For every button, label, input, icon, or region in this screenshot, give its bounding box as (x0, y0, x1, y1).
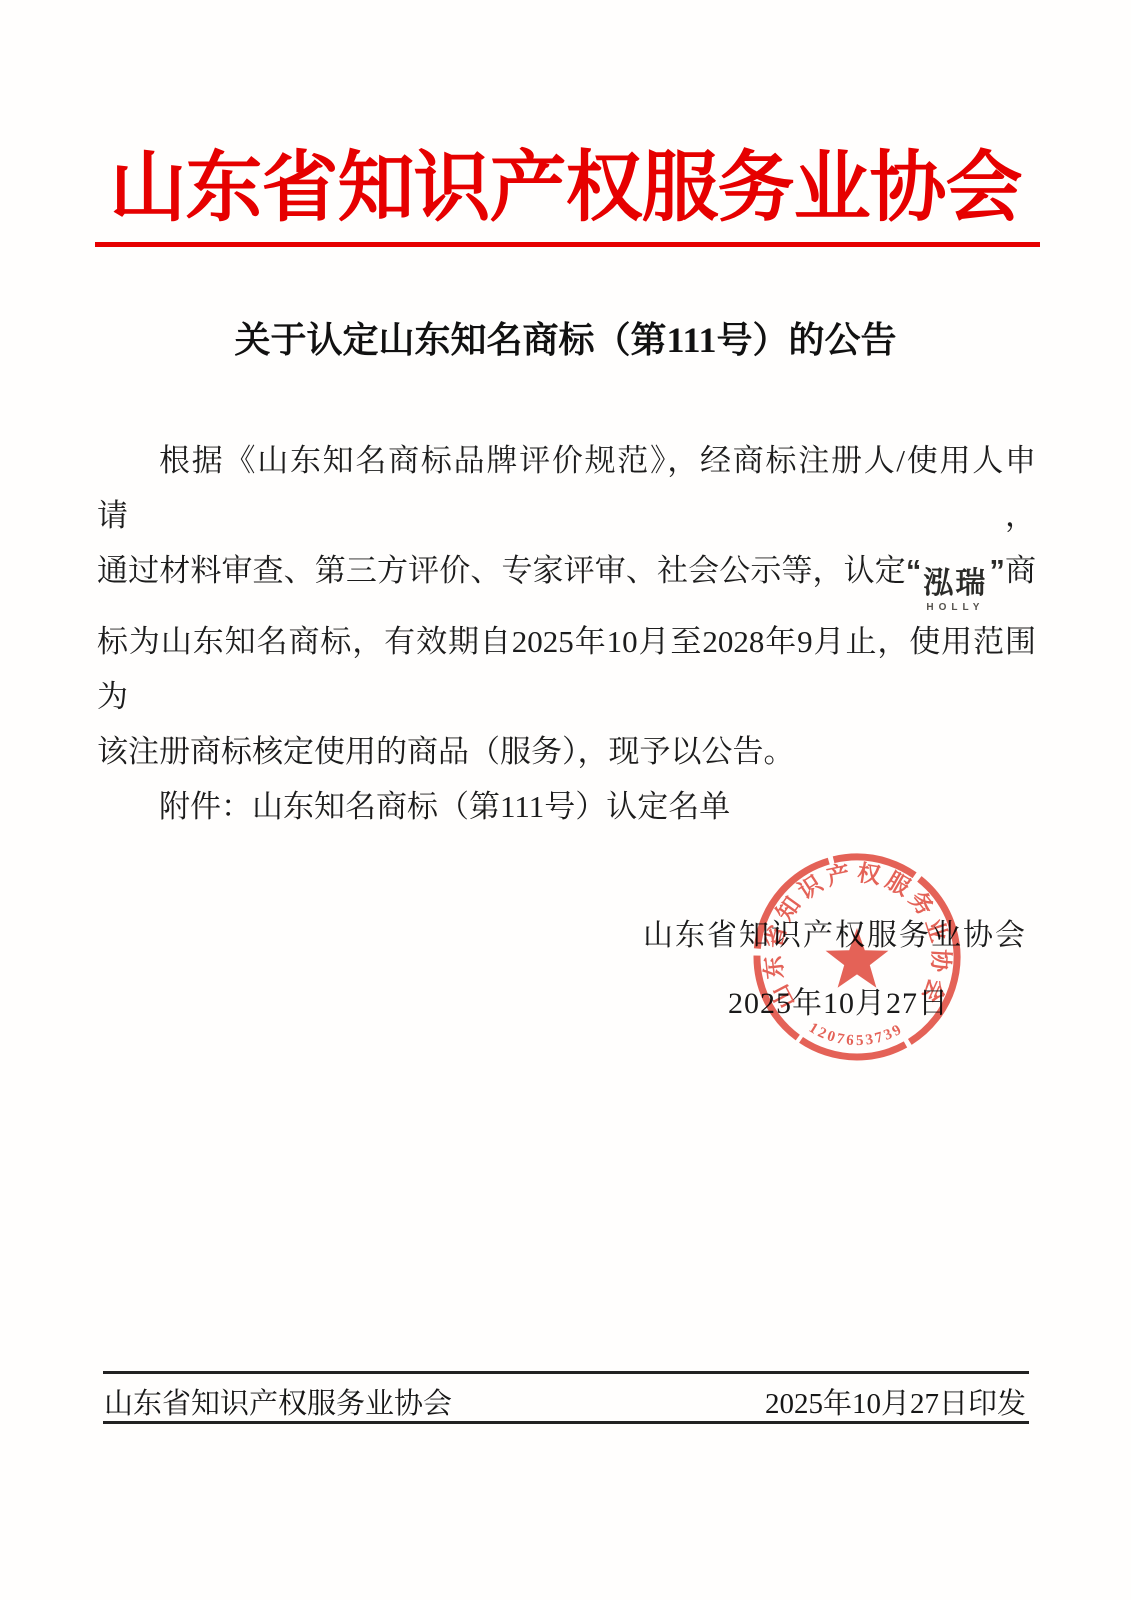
official-seal: 山东省知识产权服务业协会 1207653739 (742, 842, 972, 1072)
open-quote: “ (906, 553, 922, 588)
attachment-line: 附件：山东知名商标（第111号）认定名单 (97, 779, 1036, 834)
document-title: 关于认定山东知名商标（第111号）的公告 (0, 312, 1131, 363)
footer-top-rule (103, 1371, 1029, 1374)
body-line-3: 标为山东知名商标，有效期自2025年10月至2028年9月止，使用范围为 (97, 614, 1036, 724)
footer-issuer: 山东省知识产权服务业协会 (104, 1381, 452, 1422)
body-line-1: 根据《山东知名商标品牌评价规范》，经商标注册人/使用人申请， (97, 433, 1036, 543)
footer-row: 山东省知识产权服务业协会 2025年10月27日印发 (104, 1381, 1026, 1422)
seal-star-icon (826, 928, 889, 988)
seal-serial-holder: 1207653739 (806, 1020, 905, 1049)
seal-serial: 1207653739 (806, 1020, 905, 1049)
document-page: 山东省知识产权服务业协会 关于认定山东知名商标（第111号）的公告 根据《山东知… (0, 0, 1131, 1600)
trademark-logo-cn: 泓瑞 (923, 569, 987, 599)
body-line-4: 该注册商标核定使用的商品（服务），现予以公告。 (97, 724, 1036, 779)
trademark-logo: 泓瑞HOLLY (923, 569, 987, 614)
footer-bottom-rule (103, 1421, 1029, 1424)
body-line-2-text: 通过材料审查、第三方评价、专家评审、社会公示等，认定 (97, 553, 906, 588)
letterhead-underline (95, 242, 1040, 247)
trademark-logo-en: HOLLY (926, 601, 984, 614)
body-line-2-tail: 商 (1005, 553, 1036, 588)
body-line-2: 通过材料审查、第三方评价、专家评审、社会公示等，认定“泓瑞HOLLY”商 (97, 543, 1036, 614)
body-paragraph: 根据《山东知名商标品牌评价规范》，经商标注册人/使用人申请， 通过材料审查、第三… (97, 433, 1036, 834)
footer-print-date: 2025年10月27日印发 (765, 1381, 1026, 1422)
close-quote: ” (989, 553, 1005, 588)
letterhead-org-title: 山东省知识产权服务业协会 (0, 148, 1131, 229)
